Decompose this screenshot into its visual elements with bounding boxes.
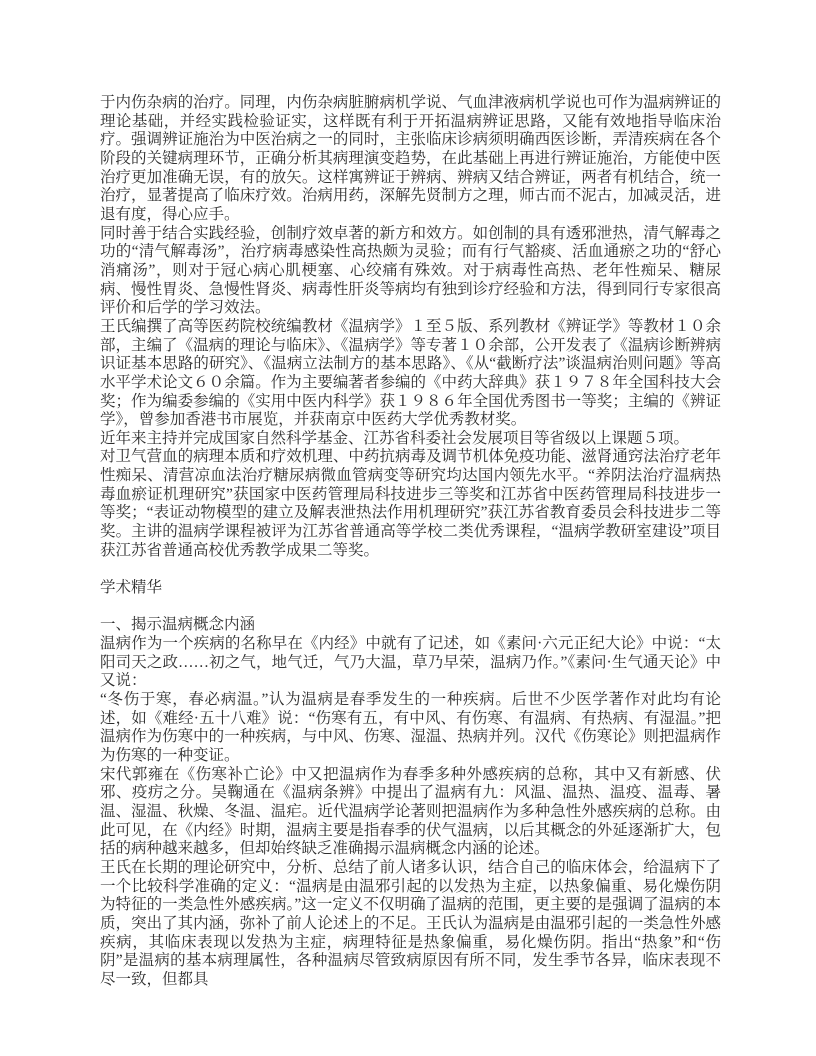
- section-heading-academic-essence: 学术精华: [100, 579, 721, 598]
- document-page: 于内伤杂病的治疗。同理，内伤杂病脏腑病机学说、气血津液病机学说也可作为温病辨证的…: [0, 0, 816, 1056]
- body-paragraph: 于内伤杂病的治疗。同理，内伤杂病脏腑病机学说、气血津液病机学说也可作为温病辨证的…: [100, 94, 721, 225]
- body-paragraph: 同时善于结合实践经验，创制疗效卓著的新方和效方。如创制的具有透邪泄热，清气解毒之…: [100, 225, 721, 318]
- body-paragraph: 王氏编撰了高等医药院校统编教材《温病学》１至５版、系列教材《辨证学》等教材１０余…: [100, 318, 721, 430]
- subsection-heading-warm-disease-concept: 一、揭示温病概念内涵: [100, 616, 721, 635]
- body-paragraph: 宋代郭雍在《伤寒补亡论》中又把温病作为春季多种外感疾病的总称，其中又有新感、伏邪…: [100, 766, 721, 859]
- body-paragraph: “冬伤于寒，春必病温。”认为温病是春季发生的一种疾病。后世不少医学著作对此均有论…: [100, 691, 721, 766]
- body-paragraph: 王氏在长期的理论研究中，分析、总结了前人诸多认识，结合自己的临床体会，给温病下了…: [100, 859, 721, 990]
- body-paragraph: 近年来主持并完成国家自然科学基金、江苏省科委社会发展项目等省级以上课题５项。: [100, 430, 721, 449]
- body-paragraph: 对卫气营血的病理本质和疗效机理、中药抗病毒及调节机体免疫功能、滋肾通窍法治疗老年…: [100, 448, 721, 560]
- body-paragraph: 温病作为一个疾病的名称早在《内经》中就有了记述，如《素问·六元正纪大论》中说：“…: [100, 635, 721, 691]
- page-text-block: 于内伤杂病的治疗。同理，内伤杂病脏腑病机学说、气血津液病机学说也可作为温病辨证的…: [100, 94, 721, 990]
